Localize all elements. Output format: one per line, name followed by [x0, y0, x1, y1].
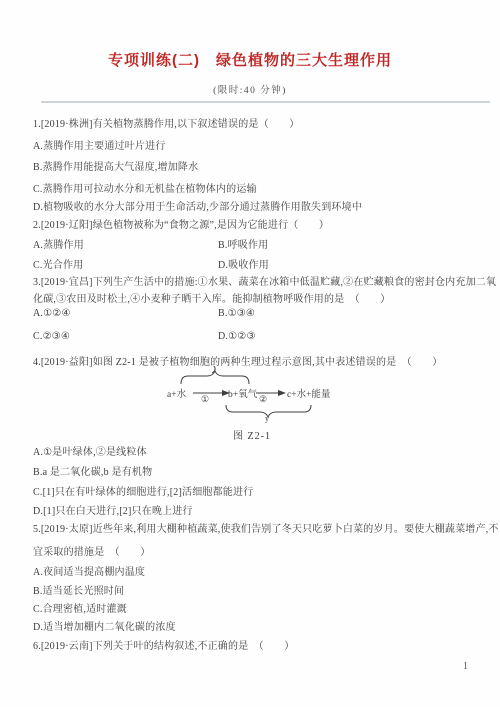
option-line: B.适当延长光照时间 — [33, 582, 124, 597]
question-stem-line: 5.[2019·太原]近些年来,利用大棚种植蔬菜,使我们告别了冬天只吃萝卜白菜的… — [33, 520, 499, 535]
option-line: C.蒸腾作用可拉动水分和无机盐在植物体内的运输 — [33, 180, 257, 195]
option-line: B.a 是二氧化碳,b 是有机物 — [33, 463, 152, 478]
question-stem-line: 宜采取的措施是 （ ） — [33, 543, 150, 558]
option-line: D.①②③ — [218, 331, 256, 342]
option-line: C.光合作用 — [33, 256, 83, 271]
option-line: D.[1]只在白天进行,[2]只在晚上进行 — [33, 502, 193, 517]
option-line: A.①②④ — [33, 308, 71, 319]
option-line: D.吸收作用 — [218, 256, 269, 271]
question-stem-line: 1.[2019·株洲]有关植物蒸腾作用,以下叙述错误的是（ ） — [33, 115, 299, 130]
figure-label: ② — [259, 394, 267, 405]
option-line: B.①③④ — [218, 308, 255, 319]
figure-label: b+氧气 — [228, 386, 257, 400]
figure-z2-1: a+水①b+氧气②c+水+能量y 图 Z2-1 — [0, 365, 500, 450]
option-line: C.[1]只在有叶绿体的细胞进行,[2]活细胞都能进行 — [33, 483, 253, 498]
option-line: C.合理密植,适时灌溉 — [33, 600, 127, 615]
option-line: B.蒸腾作用能提高大气湿度,增加降水 — [33, 158, 198, 173]
option-line: D.适当增加棚内二氧化碳的浓度 — [33, 618, 176, 633]
worksheet-page: 专项训练(二) 绿色植物的三大生理作用 (限时:40 分钟) 1.[2019·株… — [0, 0, 500, 707]
option-line: C.②③④ — [33, 331, 70, 342]
question-stem-line: 6.[2019·云南]下列关于叶的结构叙述,不正确的是 （ ） — [33, 637, 294, 652]
option-line: A.夜间适当提高棚内温度 — [33, 563, 145, 578]
question-stem-line: 化碳,③农田及时松土,④小麦种子晒干入库。能抑制植物呼吸作用的是 （ ） — [33, 290, 390, 305]
option-line: D.植物吸收的水分大部分用于生命活动,少部分通过蒸腾作用散失到环境中 — [33, 198, 362, 213]
option-line: A.蒸腾作用 — [33, 236, 84, 251]
figure-label: a+水 — [167, 386, 186, 400]
page-title: 专项训练(二) 绿色植物的三大生理作用 — [0, 49, 500, 70]
option-line: A.蒸腾作用主要通过叶片进行 — [33, 137, 166, 152]
option-line: B.呼吸作用 — [218, 236, 268, 251]
figure-label: y — [265, 414, 269, 423]
header-divider — [41, 101, 490, 103]
figure-label: ① — [201, 394, 209, 405]
time-limit-label: (限时:40 分钟) — [0, 82, 500, 96]
figure-label: c+水+能量 — [287, 386, 330, 400]
page-number: 1 — [463, 661, 468, 672]
question-stem-line: 2.[2019·辽阳]绿色植物被称为“食物之源”,是因为它能进行（ ） — [33, 216, 329, 231]
figure-caption: 图 Z2-1 — [233, 427, 271, 442]
question-stem-line: 3.[2019·宜昌]下列生产生活中的措施:①水果、蔬菜在冰箱中低温贮藏,②在贮… — [33, 273, 496, 288]
